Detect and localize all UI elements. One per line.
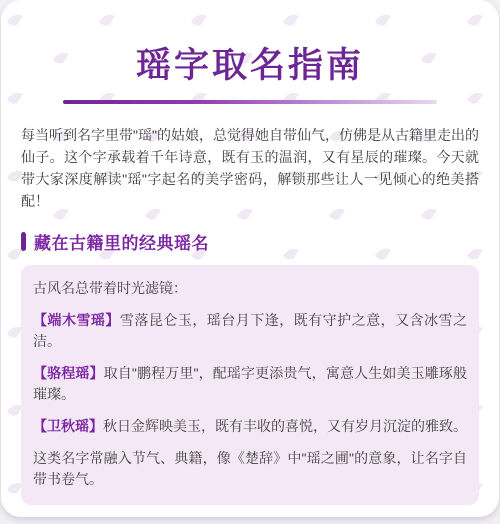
name-entry-label: 【端木雪瑶】 (33, 312, 120, 328)
title-divider (63, 100, 437, 104)
name-entry: 【端木雪瑶】雪落昆仑玉，瑶台月下逢，既有守护之意，又含冰雪之洁。 (33, 310, 467, 352)
section-heading: 藏在古籍里的经典瑶名 (34, 229, 209, 254)
intro-paragraph: 每当听到名字里带"瑶"的姑娘，总觉得她自带仙气，仿佛是从古籍里走出的仙子。这个字… (21, 124, 479, 212)
name-entry: 【卫秋瑶】秋日金辉映美玉，既有丰收的喜悦，又有岁月沉淀的雅致。 (33, 416, 467, 437)
article-content: 瑶字取名指南 每当听到名字里带"瑶"的姑娘，总觉得她自带仙气，仿佛是从古籍里走出… (1, 0, 499, 505)
page-title: 瑶字取名指南 (1, 42, 499, 90)
section-heading-bar (21, 232, 26, 251)
card-footer-text: 这类名字常融入节气、典籍，像《楚辞》中"瑶之圃"的意象，让名字自带书卷气。 (33, 448, 467, 490)
article-header: 瑶字取名指南 (1, 0, 499, 104)
name-entry-label: 【卫秋瑶】 (33, 418, 103, 434)
name-entry-label: 【骆程瑶】 (33, 365, 104, 381)
section-heading-row: 藏在古籍里的经典瑶名 (21, 229, 479, 254)
name-entry: 【骆程瑶】取自"鹏程万里"，配瑶字更添贵气，寓意人生如美玉雕琢般璀璨。 (33, 363, 467, 405)
article-page: 瑶字取名指南 每当听到名字里带"瑶"的姑娘，总觉得她自带仙气，仿佛是从古籍里走出… (1, 0, 499, 517)
name-entry-desc: 秋日金辉映美玉，既有丰收的喜悦，又有岁月沉淀的雅致。 (103, 418, 467, 434)
card-lead-text: 古风名总带着时光滤镜： (33, 278, 467, 299)
names-card: 古风名总带着时光滤镜： 【端木雪瑶】雪落昆仑玉，瑶台月下逢，既有守护之意，又含冰… (21, 265, 479, 505)
